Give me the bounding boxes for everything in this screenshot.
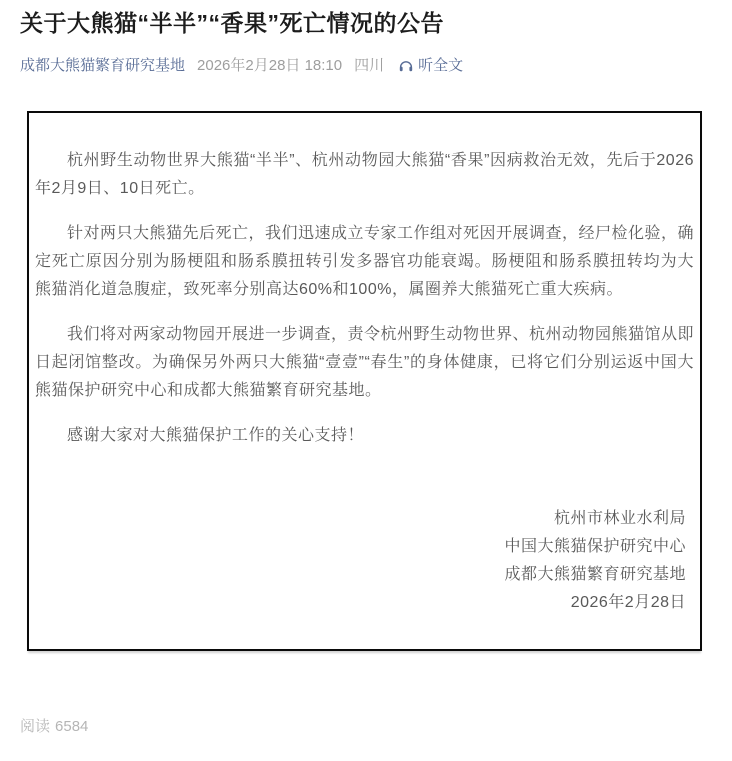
signature-date: 2026年2月28日 xyxy=(35,589,686,617)
announcement-paragraph: 我们将对两家动物园开展进一步调查，责令杭州野生动物世界、杭州动物园熊猫馆从即日起… xyxy=(35,321,694,405)
read-count: 6584 xyxy=(55,718,88,735)
read-count-row: 阅读6584 xyxy=(20,715,712,736)
announcement-paragraph: 杭州野生动物世界大熊猫“半半”、杭州动物园大熊猫“香果”因病救治无效，先后于20… xyxy=(35,147,694,203)
listen-full-text-label: 听全文 xyxy=(418,56,463,76)
announcement-paragraph: 感谢大家对大熊猫保护工作的关心支持！ xyxy=(35,422,694,450)
listen-full-text-button[interactable]: 听全文 xyxy=(398,56,463,76)
signature-block: 杭州市林业水利局 中国大熊猫保护研究中心 成都大熊猫繁育研究基地 2026年2月… xyxy=(35,505,694,617)
account-name-link[interactable]: 成都大熊猫繁育研究基地 xyxy=(20,56,185,76)
signature-line: 杭州市林业水利局 xyxy=(35,505,686,533)
publish-location: 四川 xyxy=(354,56,384,76)
publish-datetime: 2026年2月28日 18:10 xyxy=(197,56,342,76)
announcement-paragraph: 针对两只大熊猫先后死亡，我们迅速成立专家工作组对死因开展调查，经尸检化验，确定死… xyxy=(35,220,694,304)
headphone-icon xyxy=(398,58,418,74)
announcement-box: 杭州野生动物世界大熊猫“半半”、杭州动物园大熊猫“香果”因病救治无效，先后于20… xyxy=(27,111,702,651)
article-meta: 成都大熊猫繁育研究基地 2026年2月28日 18:10 四川 听全文 xyxy=(20,56,712,76)
signature-line: 成都大熊猫繁育研究基地 xyxy=(35,561,686,589)
signature-line: 中国大熊猫保护研究中心 xyxy=(35,533,686,561)
page-title: 关于大熊猫“半半”“香果”死亡情况的公告 xyxy=(20,8,712,38)
read-label: 阅读 xyxy=(20,718,50,735)
